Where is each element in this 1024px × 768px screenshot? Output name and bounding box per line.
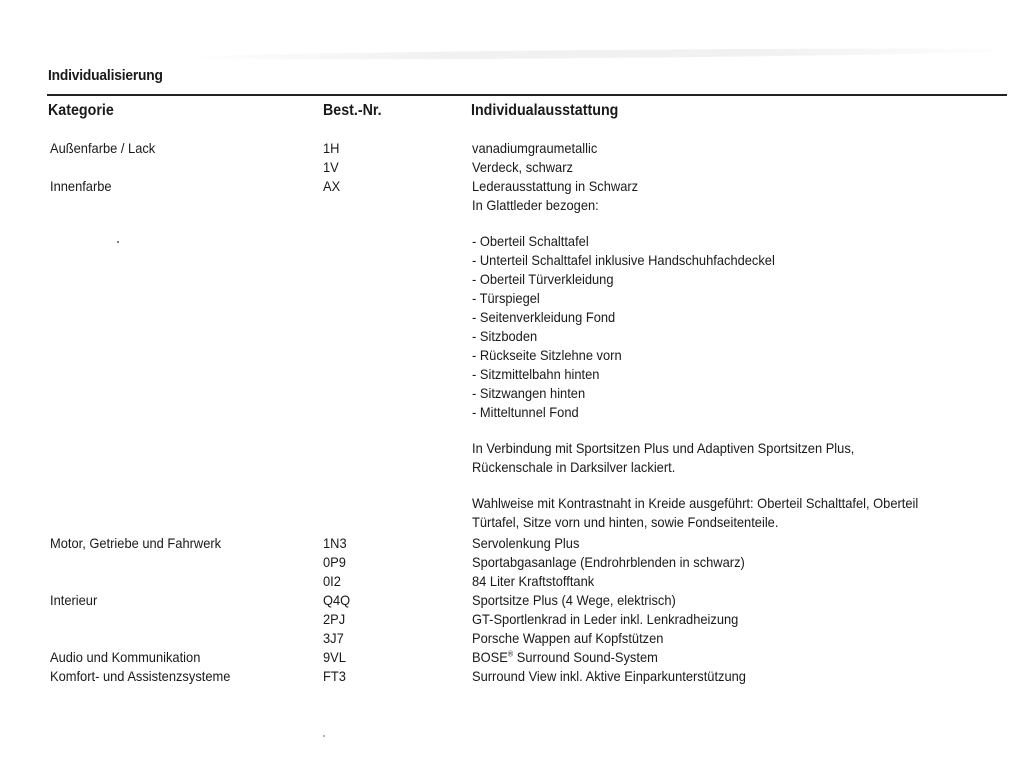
column-header-equipment: Individualausstattung [471,102,618,120]
row-description: Sportsitze Plus (4 Wege, elektrisch) [472,591,676,610]
row-order-code: 2PJ [323,610,345,629]
section-title: Individualisierung [48,67,163,84]
row-description: Wahlweise mit Kontrastnaht in Kreide aus… [472,494,918,513]
row-description: - Mitteltunnel Fond [472,403,579,422]
row-order-code: 0P9 [323,553,346,572]
row-description: Rückenschale in Darksilver lackiert. [472,458,675,477]
row-description: 84 Liter Kraftstofftank [472,572,594,591]
row-category: Interieur [50,591,97,610]
scan-speck [323,735,325,737]
row-order-code: FT3 [323,667,346,686]
row-category: Außenfarbe / Lack [50,139,155,158]
row-description: - Sitzmittelbahn hinten [472,365,599,384]
row-description: - Türspiegel [472,289,540,308]
row-description: Servolenkung Plus [472,534,579,553]
row-description: - Oberteil Schalttafel [472,232,589,251]
row-description: BOSE® Surround Sound-System [472,648,658,667]
row-order-code: 3J7 [323,629,344,648]
registered-mark: ® [508,649,513,658]
row-order-code: 0I2 [323,572,341,591]
row-description: - Oberteil Türverkleidung [472,270,614,289]
row-description: Türtafel, Sitze vorn und hinten, sowie F… [472,513,778,532]
row-order-code: AX [323,177,340,196]
column-header-order-no: Best.-Nr. [323,102,382,120]
row-description: - Sitzboden [472,327,537,346]
row-description: vanadiumgraumetallic [472,139,597,158]
row-description: - Sitzwangen hinten [472,384,585,403]
row-description: Sportabgasanlage (Endrohrblenden in schw… [472,553,745,572]
scan-speck [117,241,119,243]
row-category: Innenfarbe [50,177,112,196]
row-description: - Rückseite Sitzlehne vorn [472,346,622,365]
row-order-code: Q4Q [323,591,350,610]
row-description: - Seitenverkleidung Fond [472,308,615,327]
row-order-code: 9VL [323,648,346,667]
row-category: Komfort- und Assistenzsysteme [50,667,230,686]
row-description: Porsche Wappen auf Kopfstützen [472,629,663,648]
row-description: Verdeck, schwarz [472,158,573,177]
header-rule [47,94,1007,96]
row-order-code: 1H [323,139,339,158]
column-header-category: Kategorie [48,102,114,120]
row-category: Audio und Kommunikation [50,648,200,667]
row-description: Lederausstattung in Schwarz [472,177,638,196]
row-order-code: 1V [323,158,339,177]
row-description: GT-Sportlenkrad in Leder inkl. Lenkradhe… [472,610,738,629]
scan-artifact [180,46,1020,61]
row-description: In Verbindung mit Sportsitzen Plus und A… [472,439,854,458]
row-description: Surround View inkl. Aktive Einparkunters… [472,667,746,686]
row-category: Motor, Getriebe und Fahrwerk [50,534,221,553]
row-order-code: 1N3 [323,534,347,553]
row-description: In Glattleder bezogen: [472,196,599,215]
row-description: - Unterteil Schalttafel inklusive Handsc… [472,251,775,270]
